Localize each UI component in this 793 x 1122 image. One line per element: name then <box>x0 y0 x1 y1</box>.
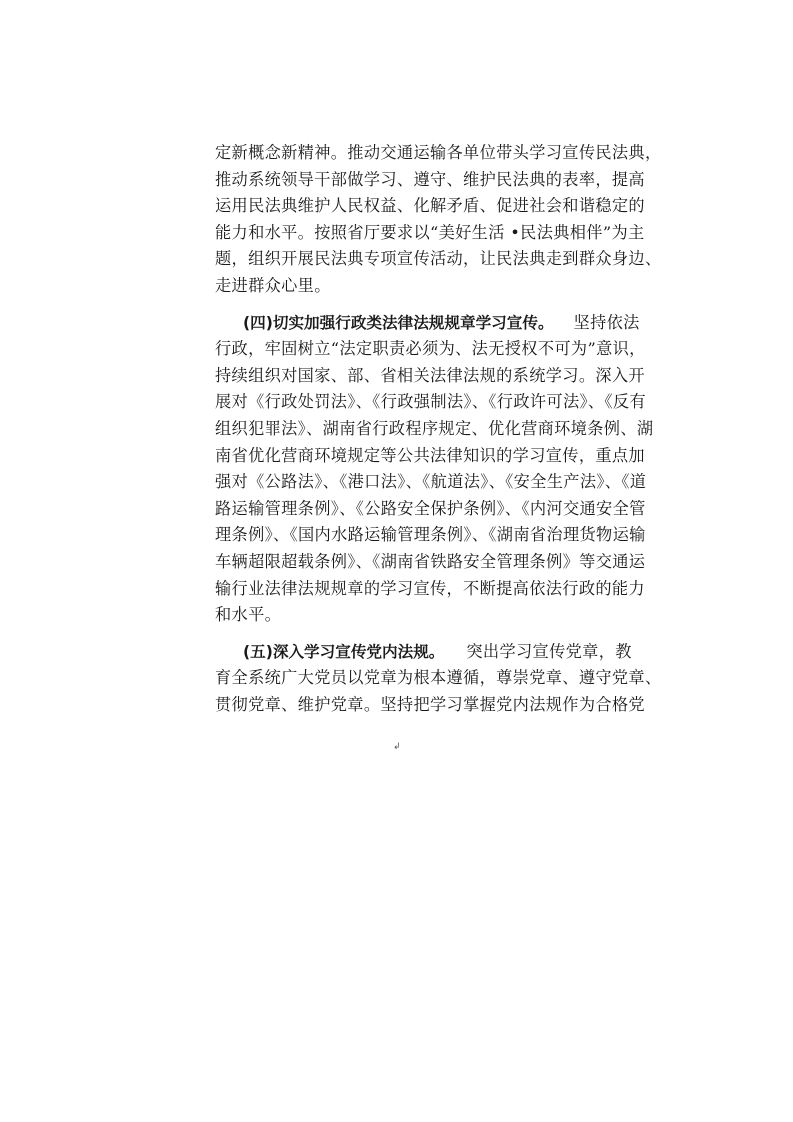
text-line: 组织犯罪法》、湖南省行政程序规定、优化营商环境条例、湖 <box>215 416 591 443</box>
paragraph-administrative-law: (四)切实加强行政类法律法规规章学习宣传。坚持依法 行政，牢固树立“法定职责必须… <box>215 310 591 629</box>
section-heading-line: (四)切实加强行政类法律法规规章学习宣传。坚持依法 <box>215 310 591 337</box>
text-line: 题，组织开展民法典专项宣传活动，让民法典走到群众身边、 <box>215 246 591 273</box>
section-heading-five: (五)深入学习宣传党内法规。 <box>243 643 444 661</box>
text-line: 推动系统领导干部做学习、遵守、维护民法典的表率，提高 <box>215 167 591 194</box>
text-line: 理条例》、《国内水路运输管理条例》、《湖南省治理货物运输 <box>215 522 591 549</box>
document-page: 定新概念新精神。推动交通运输各单位带头学习宣传民法典， 推动系统领导干部做学习、… <box>0 0 793 1122</box>
text-line: 展对《行政处罚法》、《行政强制法》、《行政许可法》、《反有 <box>215 389 591 416</box>
text-line: 贯彻党章、维护党章。坚持把学习掌握党内法规作为合格党 <box>215 692 591 719</box>
section-heading-four: (四)切实加强行政类法律法规规章学习宣传。 <box>243 314 554 332</box>
text-line: 和水平。 <box>215 602 591 629</box>
text-line: 持续组织对国家、部、省相关法律法规的系统学习。深入开 <box>215 363 591 390</box>
text-line: 车辆超限超载条例》、《湖南省铁路安全管理条例》等交通运 <box>215 549 591 576</box>
paragraph-civil-code: 定新概念新精神。推动交通运输各单位带头学习宣传民法典， 推动系统领导干部做学习、… <box>215 140 591 300</box>
text-line: 育全系统广大党员以党章为根本遵循，尊崇党章、遵守党章、 <box>215 665 591 692</box>
text-span: 坚持依法 <box>574 313 640 332</box>
text-line: 定新概念新精神。推动交通运输各单位带头学习宣传民法典， <box>215 140 591 167</box>
text-line: 行政，牢固树立“法定职责必须为、法无授权不可为”意识， <box>215 336 591 363</box>
text-line: 能力和水平。按照省厅要求以“美好生活 •民法典相伴”为主 <box>215 220 591 247</box>
paragraph-party-regulations: (五)深入学习宣传党内法规。突出学习宣传党章，教 育全系统广大党员以党章为根本遵… <box>215 639 591 719</box>
paragraph-spacer <box>215 629 591 639</box>
text-line: 强对《公路法》、《港口法》、《航道法》、《安全生产法》、《道 <box>215 469 591 496</box>
document-body: 定新概念新精神。推动交通运输各单位带头学习宣传民法典， 推动系统领导干部做学习、… <box>215 140 591 718</box>
text-span: 突出学习宣传党章，教 <box>466 642 631 661</box>
section-heading-line: (五)深入学习宣传党内法规。突出学习宣传党章，教 <box>215 639 591 666</box>
text-line: 路运输管理条例》、《公路安全保护条例》、《内河交通安全管 <box>215 496 591 523</box>
text-line: 运用民法典维护人民权益、化解矛盾、促进社会和谐稳定的 <box>215 193 591 220</box>
text-line: 输行业法律法规规章的学习宣传，不断提高依法行政的能力 <box>215 576 591 603</box>
text-line: 走进群众心里。 <box>215 273 591 300</box>
text-line: 南省优化营商环境规定等公共法律知识的学习宣传，重点加 <box>215 443 591 470</box>
paragraph-mark-icon: ↲ <box>393 742 401 752</box>
paragraph-spacer <box>215 300 591 310</box>
